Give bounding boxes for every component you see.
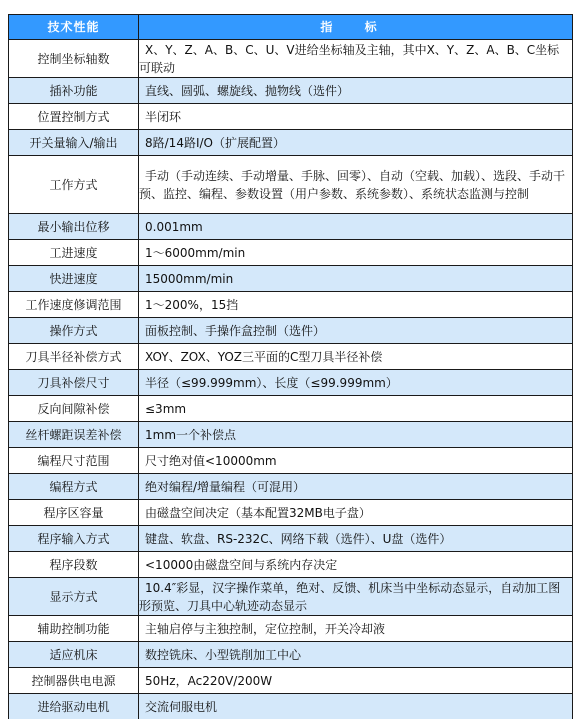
spec-value: 8路/14路I/O（扩展配置） xyxy=(139,130,573,156)
spec-label: 进给驱动电机 xyxy=(9,694,139,719)
spec-value: 半闭环 xyxy=(139,104,573,130)
spec-label: 丝杆螺距误差补偿 xyxy=(9,422,139,448)
spec-value: 绝对编程/增量编程（可混用） xyxy=(139,474,573,500)
spec-value: 0.001mm xyxy=(139,214,573,240)
table-row: 显示方式 10.4″彩显，汉字操作菜单，绝对、反馈、机床当中坐标动态显示，自动加… xyxy=(9,578,573,616)
spec-label: 程序输入方式 xyxy=(9,526,139,552)
spec-label: 控制坐标轴数 xyxy=(9,40,139,78)
header-row: 技术性能 指 标 xyxy=(9,15,573,40)
table-row: 控制坐标轴数 X、Y、Z、A、B、C、U、V进给坐标轴及主轴，其中X、Y、Z、A… xyxy=(9,40,573,78)
spec-label: 位置控制方式 xyxy=(9,104,139,130)
table-row: 刀具半径补偿方式XOY、ZOX、YOZ三平面的C型刀具半径补偿 xyxy=(9,344,573,370)
spec-label: 开关量输入/输出 xyxy=(9,130,139,156)
table-row: 程序输入方式键盘、软盘、RS-232C、网络下载（选件）、U盘（选件） xyxy=(9,526,573,552)
spec-value: X、Y、Z、A、B、C、U、V进给坐标轴及主轴，其中X、Y、Z、A、B、C坐标可… xyxy=(139,40,573,78)
table-row: 丝杆螺距误差补偿1mm一个补偿点 xyxy=(9,422,573,448)
spec-value: 10.4″彩显，汉字操作菜单，绝对、反馈、机床当中坐标动态显示，自动加工图形预览… xyxy=(139,578,573,616)
spec-value: 直线、圆弧、螺旋线、抛物线（选件） xyxy=(139,78,573,104)
table-row: 程序段数<10000由磁盘空间与系统内存决定 xyxy=(9,552,573,578)
spec-value: ≤3mm xyxy=(139,396,573,422)
spec-label: 工作方式 xyxy=(9,156,139,214)
spec-label: 刀具补偿尺寸 xyxy=(9,370,139,396)
spec-value: 尺寸绝对值<10000mm xyxy=(139,448,573,474)
spec-label: 工进速度 xyxy=(9,240,139,266)
spec-value: 1～6000mm/min xyxy=(139,240,573,266)
spec-label: 最小输出位移 xyxy=(9,214,139,240)
spec-value: 手动（手动连续、手动增量、手脉、回零）、自动（空载、加载）、选段、手动干预、监控… xyxy=(139,156,573,214)
table-row: 编程尺寸范围尺寸绝对值<10000mm xyxy=(9,448,573,474)
spec-label: 操作方式 xyxy=(9,318,139,344)
spec-value: 50Hz，Ac220V/200W xyxy=(139,668,573,694)
spec-label: 辅助控制功能 xyxy=(9,616,139,642)
spec-label: 编程方式 xyxy=(9,474,139,500)
spec-value: 半径（≤99.999mm）、长度（≤99.999mm） xyxy=(139,370,573,396)
table-row: 操作方式面板控制、手操作盒控制（选件） xyxy=(9,318,573,344)
spec-value: 1～200%，15挡 xyxy=(139,292,573,318)
table-row: 控制器供电电源50Hz，Ac220V/200W xyxy=(9,668,573,694)
spec-value: 15000mm/min xyxy=(139,266,573,292)
spec-label: 控制器供电电源 xyxy=(9,668,139,694)
spec-label: 工作速度修调范围 xyxy=(9,292,139,318)
table-row: 进给驱动电机交流伺服电机 xyxy=(9,694,573,719)
spec-value: 1mm一个补偿点 xyxy=(139,422,573,448)
spec-label: 快进速度 xyxy=(9,266,139,292)
spec-label: 插补功能 xyxy=(9,78,139,104)
table-row: 最小输出位移0.001mm xyxy=(9,214,573,240)
spec-label: 编程尺寸范围 xyxy=(9,448,139,474)
table-row: 辅助控制功能主轴启停与主独控制，定位控制，开关冷却液 xyxy=(9,616,573,642)
spec-value: 键盘、软盘、RS-232C、网络下载（选件）、U盘（选件） xyxy=(139,526,573,552)
table-row: 编程方式绝对编程/增量编程（可混用） xyxy=(9,474,573,500)
table-row: 开关量输入/输出8路/14路I/O（扩展配置） xyxy=(9,130,573,156)
table-row: 刀具补偿尺寸半径（≤99.999mm）、长度（≤99.999mm） xyxy=(9,370,573,396)
table-row: 适应机床数控铣床、小型铣削加工中心 xyxy=(9,642,573,668)
table-row: 反向间隙补偿≤3mm xyxy=(9,396,573,422)
spec-value: 主轴启停与主独控制，定位控制，开关冷却液 xyxy=(139,616,573,642)
spec-label: 程序区容量 xyxy=(9,500,139,526)
spec-label: 反向间隙补偿 xyxy=(9,396,139,422)
spec-label: 适应机床 xyxy=(9,642,139,668)
table-row: 快进速度15000mm/min xyxy=(9,266,573,292)
spec-value: XOY、ZOX、YOZ三平面的C型刀具半径补偿 xyxy=(139,344,573,370)
spec-value: 面板控制、手操作盒控制（选件） xyxy=(139,318,573,344)
spec-table: 技术性能 指 标 控制坐标轴数 X、Y、Z、A、B、C、U、V进给坐标轴及主轴，… xyxy=(8,14,573,719)
spec-label: 刀具半径补偿方式 xyxy=(9,344,139,370)
table-row: 工进速度1～6000mm/min xyxy=(9,240,573,266)
spec-value: 数控铣床、小型铣削加工中心 xyxy=(139,642,573,668)
spec-label: 程序段数 xyxy=(9,552,139,578)
header-indicator: 指 标 xyxy=(139,15,573,40)
table-row: 插补功能直线、圆弧、螺旋线、抛物线（选件） xyxy=(9,78,573,104)
spec-label: 显示方式 xyxy=(9,578,139,616)
table-row: 工作方式 手动（手动连续、手动增量、手脉、回零）、自动（空载、加载）、选段、手动… xyxy=(9,156,573,214)
table-row: 位置控制方式半闭环 xyxy=(9,104,573,130)
spec-value: <10000由磁盘空间与系统内存决定 xyxy=(139,552,573,578)
spec-value: 由磁盘空间决定（基本配置32MB电子盘） xyxy=(139,500,573,526)
header-tech-performance: 技术性能 xyxy=(9,15,139,40)
spec-table-body: 控制坐标轴数 X、Y、Z、A、B、C、U、V进给坐标轴及主轴，其中X、Y、Z、A… xyxy=(9,40,573,719)
spec-value: 交流伺服电机 xyxy=(139,694,573,719)
table-row: 程序区容量由磁盘空间决定（基本配置32MB电子盘） xyxy=(9,500,573,526)
table-row: 工作速度修调范围1～200%，15挡 xyxy=(9,292,573,318)
